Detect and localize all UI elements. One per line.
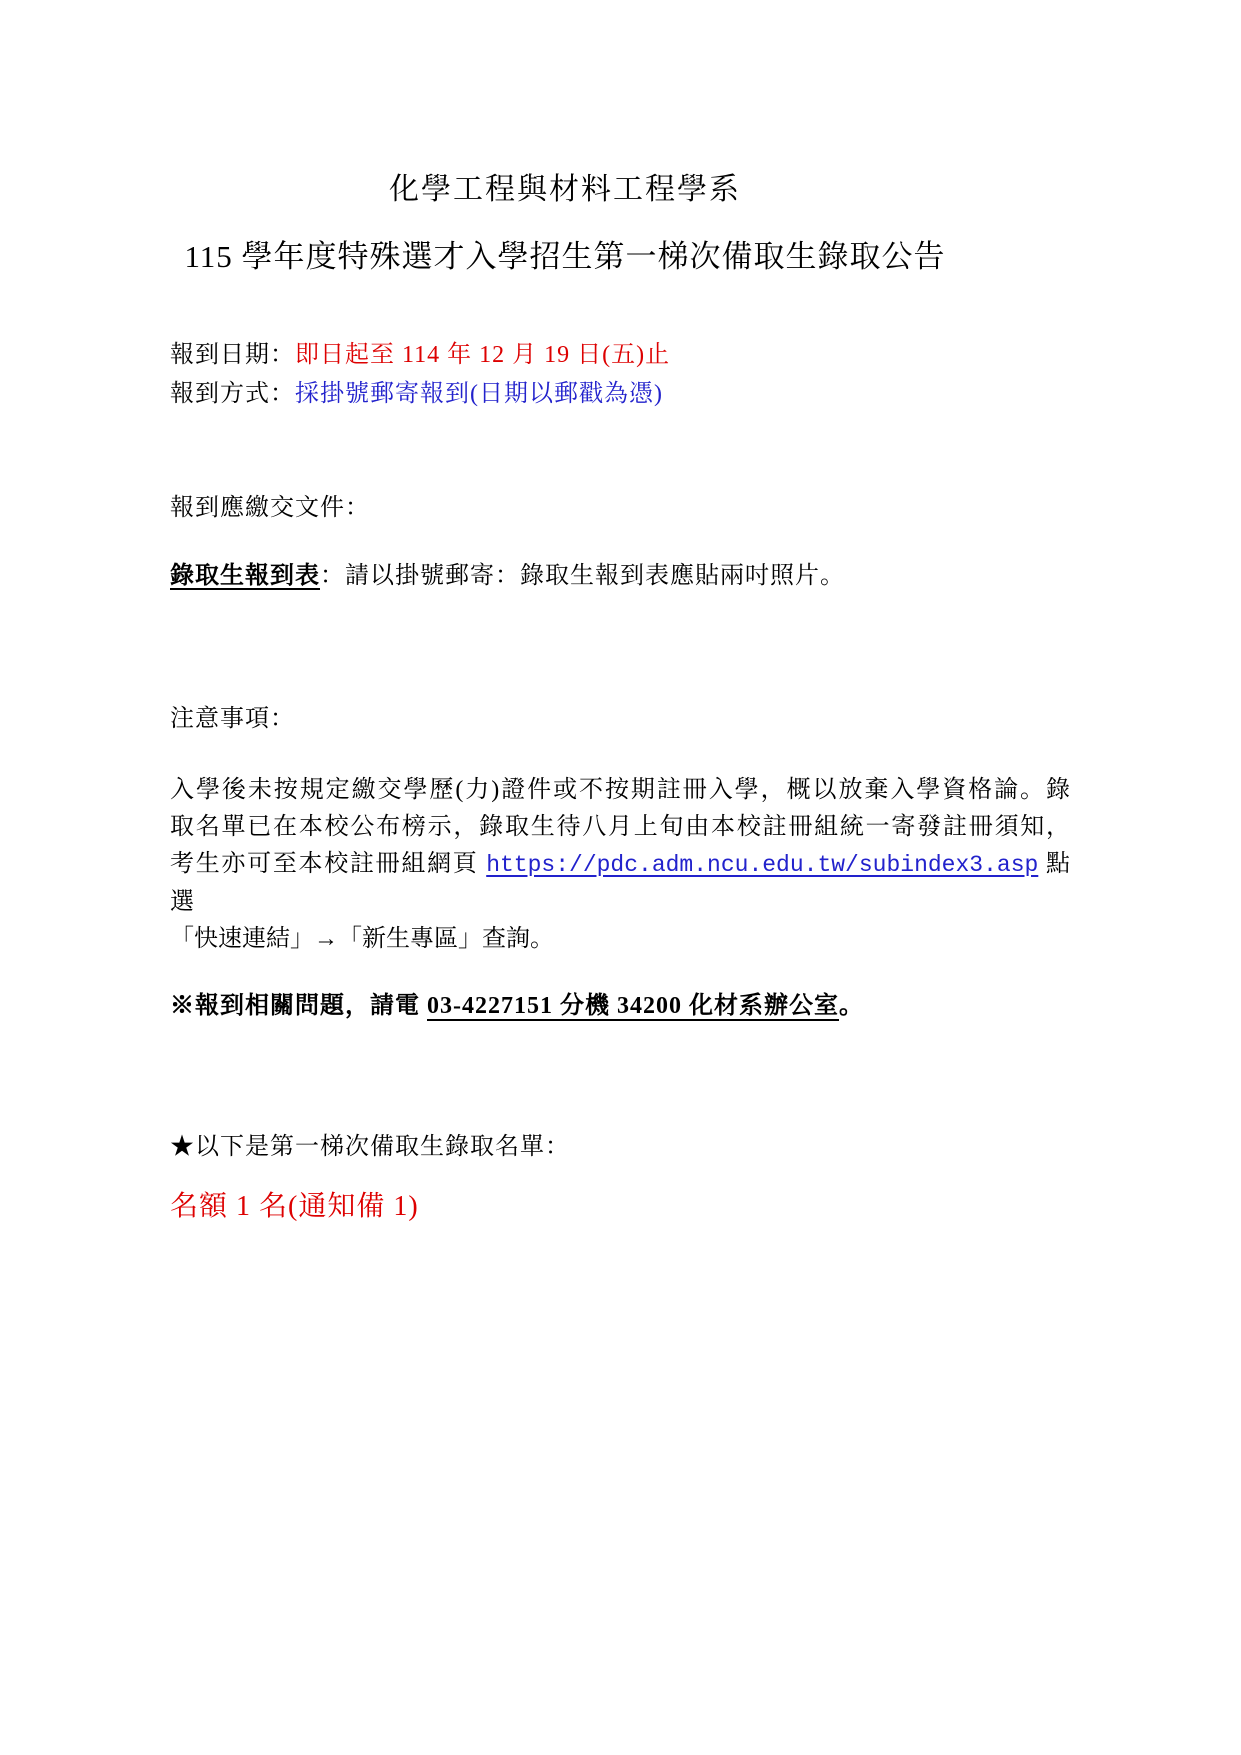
- documents-heading: 報到應繳交文件：: [170, 489, 1070, 527]
- page-subtitle: 115 學年度特殊選才入學招生第一梯次備取生錄取公告: [170, 238, 960, 276]
- contact-suffix: 。: [839, 993, 864, 1019]
- notes-heading: 注意事項：: [170, 700, 1070, 738]
- documents-item-row: 錄取生報到表：請以掛號郵寄：錄取生報到表應貼兩吋照片。: [170, 557, 1070, 595]
- contact-row: ※報到相關問題，請電 03-4227151 分機 34200 化材系辦公室。: [170, 986, 1070, 1026]
- notes-line-3: 考生亦可至本校註冊組網頁 https://pdc.adm.ncu.edu.tw/…: [170, 846, 1070, 921]
- page-title: 化學工程與材料工程學系: [170, 172, 960, 208]
- notes-line-1: 入學後未按規定繳交學歷(力)證件或不按期註冊入學，概以放棄入學資格論。錄: [170, 772, 1070, 809]
- registration-method-label: 報到方式：: [170, 381, 295, 407]
- notes-line-4: 「快速連結」→「新生專區」查詢。: [170, 921, 1070, 958]
- registration-method-row: 報到方式：採掛號郵寄報到(日期以郵戳為憑): [170, 375, 1070, 413]
- contact-prefix: ※報到相關問題，請電: [170, 993, 427, 1019]
- registration-date-row: 報到日期：即日起至 114 年 12 月 19 日(五)止: [170, 336, 1070, 374]
- waitlist-quota: 名額 1 名(通知備 1): [170, 1186, 1070, 1228]
- documents-item-title: 錄取生報到表: [170, 563, 320, 589]
- notes-paragraph: 入學後未按規定繳交學歷(力)證件或不按期註冊入學，概以放棄入學資格論。錄 取名單…: [170, 772, 1070, 958]
- announcement-document: 化學工程與材料工程學系 115 學年度特殊選才入學招生第一梯次備取生錄取公告 報…: [0, 0, 1241, 1755]
- registration-date-value: 即日起至 114 年 12 月 19 日(五)止: [295, 342, 670, 368]
- notes-line-3-prefix: 考生亦可至本校註冊組網頁: [170, 851, 486, 877]
- registration-url-link[interactable]: https://pdc.adm.ncu.edu.tw/subindex3.asp: [486, 852, 1038, 878]
- notes-line-2: 取名單已在本校公布榜示，錄取生待八月上旬由本校註冊組統一寄發註冊須知，: [170, 809, 1070, 846]
- documents-item-desc: ：請以掛號郵寄：錄取生報到表應貼兩吋照片。: [320, 563, 845, 589]
- registration-date-label: 報到日期：: [170, 342, 295, 368]
- waitlist-heading: ★以下是第一梯次備取生錄取名單：: [170, 1128, 1070, 1166]
- registration-method-value: 採掛號郵寄報到(日期以郵戳為憑): [295, 381, 663, 407]
- contact-phone: 03-4227151 分機 34200 化材系辦公室: [427, 993, 839, 1019]
